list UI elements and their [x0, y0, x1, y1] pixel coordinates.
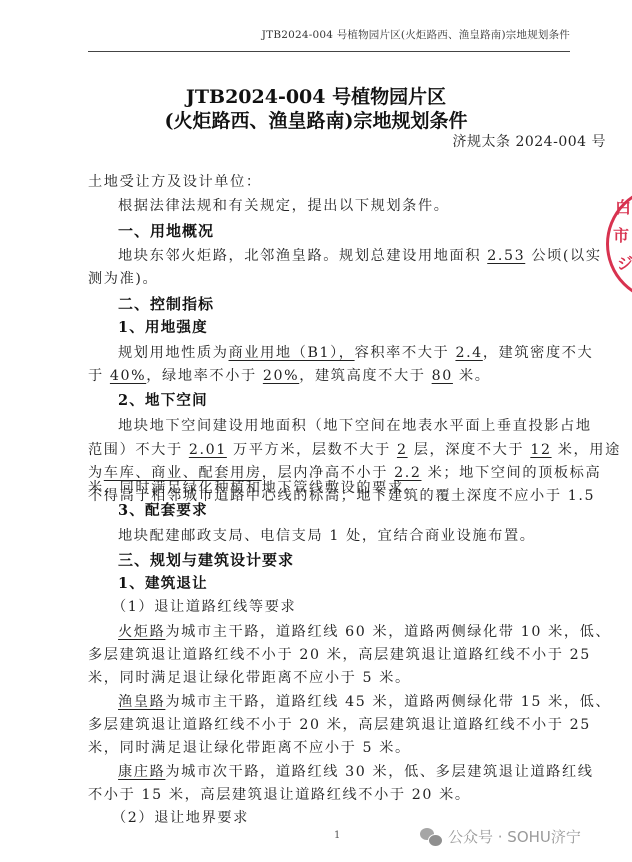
green-ratio-value: 20% — [263, 368, 299, 384]
running-header: JTB2024-004 号植物园片区(火炬路西、渔皇路南)宗地规划条件 — [88, 27, 570, 42]
road-name-huoju: 火炬路 — [118, 624, 165, 640]
density-value: 40% — [110, 368, 146, 384]
watermark: 公众号 · SOHU济宁 — [420, 826, 581, 847]
document-title-line1: JTB2024-004 号植物园片区 — [0, 84, 632, 111]
section-heading-land-overview: 一、用地概况 — [118, 221, 214, 241]
land-overview-line2: 测为准)。 — [88, 269, 158, 289]
setback-item1: （1）退让道路红线等要求 — [112, 597, 296, 617]
official-seal: 白 市 ジ — [606, 186, 632, 302]
road2-line2: 多层建筑退让道路红线不小于 20 米，高层建筑退让道路红线不小于 25 — [88, 715, 591, 735]
far-value: 2.4 — [455, 345, 482, 361]
road-name-kangzhuang: 康庄路 — [118, 764, 165, 780]
depth-value: 12 — [530, 442, 551, 458]
seal-char: ジ — [617, 251, 632, 274]
underground-greening-line: 米，同时满足绿化种植和地下管线敷设的要求。 — [88, 478, 420, 498]
underground-area-value: 2.01 — [189, 442, 227, 458]
header-rule — [88, 51, 570, 52]
underground-line2: 范围）不大于 2.01 万平方米，层数不大于 2 层，深度不大于 12 米，用途 — [88, 440, 621, 460]
road2-line1: 渔皇路为城市主干路，道路红线 45 米，道路两侧绿化带 15 米，低、 — [118, 692, 611, 712]
subheading-land-intensity: 1、用地强度 — [118, 318, 208, 338]
document-number: 济规太条 2024-004 号 — [453, 131, 606, 151]
site-area-value: 2.53 — [487, 248, 525, 264]
subheading-building-setback: 1、建筑退让 — [118, 574, 208, 594]
subheading-supporting-facilities: 3、配套要求 — [118, 501, 208, 521]
page-number: 1 — [334, 830, 340, 841]
addressee: 土地受让方及设计单位： — [88, 172, 262, 192]
road1-line2: 多层建筑退让道路红线不小于 20 米，高层建筑退让道路红线不小于 25 — [88, 645, 591, 665]
road1-line1: 火炬路为城市主干路，道路红线 60 米，道路两侧绿化带 10 米，低、 — [118, 622, 611, 642]
section-heading-design-requirements: 三、规划与建筑设计要求 — [118, 550, 294, 570]
road3-line2: 不小于 15 米，高层建筑退让道路红线不小于 20 米。 — [88, 785, 471, 805]
section-heading-control-indicators: 二、控制指标 — [118, 294, 214, 314]
facilities-line1: 地块配建邮政支局、电信支局 1 处，宜结合商业设施布置。 — [118, 526, 536, 546]
land-use-value: 商业用地（B1）， — [229, 345, 355, 361]
seal-char: 市 — [613, 223, 629, 246]
wechat-icon — [420, 828, 442, 846]
road3-line1: 康庄路为城市次干路，道路红线 30 米，低、多层建筑退让道路红线 — [118, 762, 594, 782]
road1-line3: 米，同时满足退让绿化带距离不应小于 5 米。 — [88, 668, 411, 688]
underground-line1: 地块地下空间建设用地面积（地下空间在地表水平面上垂直投影占地 — [118, 416, 592, 436]
road-name-yuhuang: 渔皇路 — [118, 694, 165, 710]
floors-value: 2 — [397, 442, 408, 458]
land-intensity-line1: 规划用地性质为商业用地（B1），容积率不大于 2.4，建筑密度不大 — [118, 343, 593, 363]
watermark-text: 公众号 · SOHU济宁 — [448, 826, 581, 847]
setback-item2: （2）退让地界要求 — [112, 808, 249, 828]
land-intensity-line2: 于 40%，绿地率不小于 20%，建筑高度不大于 80 米。 — [88, 366, 491, 386]
land-overview-line1: 地块东邻火炬路，北邻渔皇路。规划总建设用地面积 2.53 公顷(以实 — [118, 246, 602, 266]
intro-paragraph: 根据法律法规和有关规定，提出以下规划条件。 — [118, 196, 450, 216]
height-value: 80 — [432, 368, 453, 384]
road2-line3: 米，同时满足退让绿化带距离不应小于 5 米。 — [88, 738, 411, 758]
seal-char: 白 — [615, 195, 631, 218]
subheading-underground-space: 2、地下空间 — [118, 391, 208, 411]
